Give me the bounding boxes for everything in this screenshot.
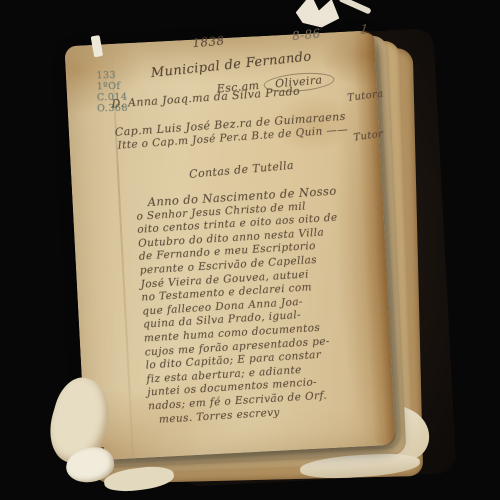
paper-fragment bbox=[338, 0, 372, 15]
archive-code-pencil: 8-86 bbox=[291, 26, 321, 43]
body-text: Anno do Nascimento de Nosso o Senhor Jes… bbox=[135, 184, 364, 428]
page-number: 1 bbox=[359, 22, 369, 38]
manuscript-photo: 133 1ºOf C.014 O.368 1838 8-86 1 Municip… bbox=[0, 0, 500, 500]
party-name-tutora: D. Anna Joaq.ma da Silva Prado bbox=[111, 84, 300, 110]
paper-tab bbox=[91, 35, 104, 57]
case-subject: Contas de Tutella bbox=[189, 159, 295, 181]
year-inscription: 1838 bbox=[192, 33, 225, 50]
paper-fragment bbox=[294, 0, 341, 29]
manuscript-front-page: 133 1ºOf C.014 O.368 1838 8-86 1 Municip… bbox=[64, 30, 395, 461]
